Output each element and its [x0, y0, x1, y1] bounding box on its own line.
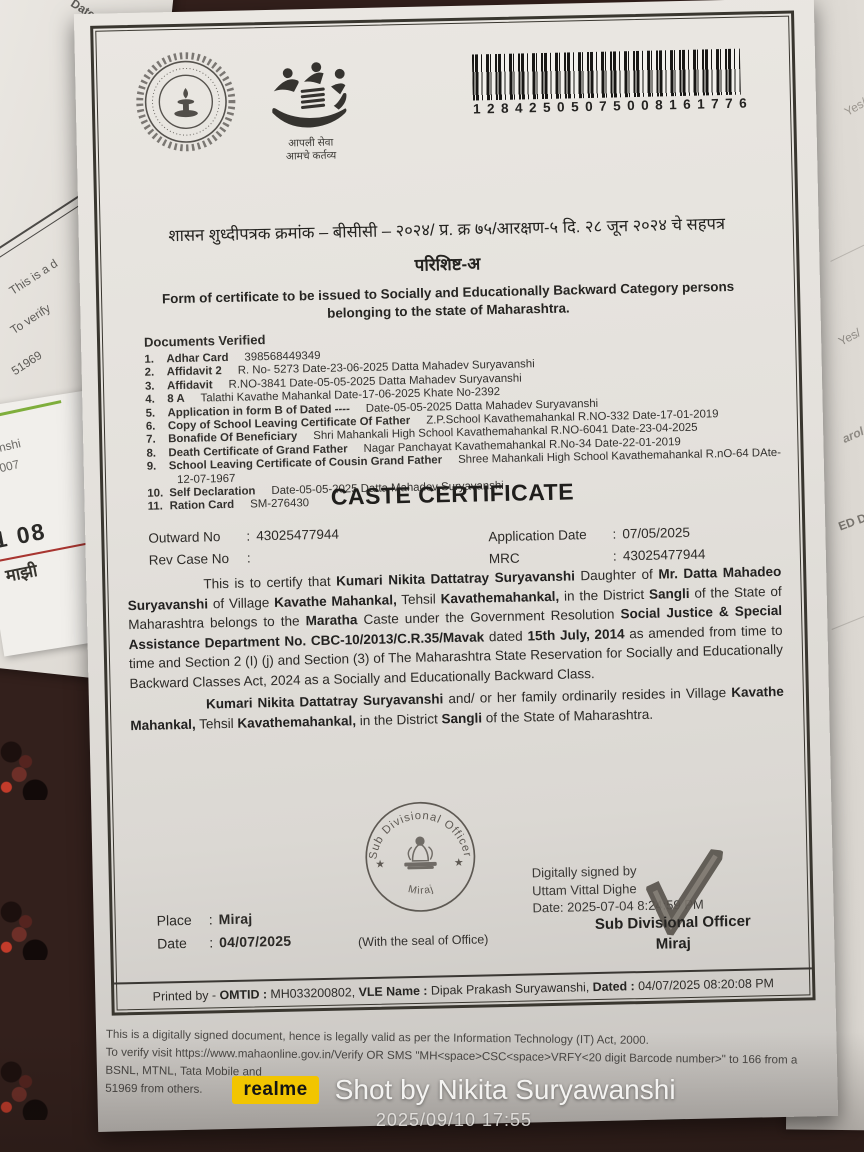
rev-case-row: Rev Case No: [149, 546, 340, 572]
outward-no-row: Outward No:43025477944 [148, 524, 339, 550]
application-date-label: Application Date [488, 524, 606, 549]
aaple-sarkar-caption: आपली सेवा आमचे कर्तव्य [268, 136, 355, 163]
place-date-block: Place:Miraj Date:04/07/2025 [156, 907, 291, 956]
photo-canvas: Yes/ arol ED D Yes/ Date This is a d To … [0, 0, 864, 1152]
rev-case-label: Rev Case No [149, 548, 241, 572]
watermark-shot-by: Shot by Nikita Suryawanshi [335, 1074, 676, 1106]
seal-star-right-icon: ★ [454, 857, 464, 869]
ashoka-emblem-icon [404, 837, 436, 869]
svg-text:Miraj: Miraj [407, 883, 436, 897]
realme-logo: realme [232, 1076, 318, 1104]
seal-star-left-icon: ★ [375, 858, 385, 870]
certificate-body-paragraph: This is to certify that Kumari Nikita Da… [127, 562, 783, 694]
place-value: Miraj [218, 911, 252, 928]
barcode: 12842505075008161776 [472, 49, 741, 117]
camera-watermark: realme Shot by Nikita Suryawanshi 2025/0… [22, 1074, 864, 1131]
office-seal-stamp: Sub Divisional Officer ★ ★ Miraj [360, 797, 481, 918]
watermark-datetime: 2025/09/10 17:55 [22, 1110, 864, 1131]
place-label: Place [156, 909, 202, 933]
signatory-designation: Sub Divisional Officer Miraj [563, 912, 784, 955]
certificate-border-frame: आपली सेवा आमचे कर्तव्य 12842505075008161… [90, 10, 815, 1015]
maharashtra-emblem-icon [134, 50, 238, 154]
paper-fragment-text: माझी [3, 558, 39, 587]
documents-verified-title: Documents Verified [144, 332, 266, 350]
date-row: Date:04/07/2025 [157, 930, 292, 956]
paper-fragment-text: wanshi [0, 436, 22, 458]
aaple-sarkar-logo: आपली सेवा आमचे कर्तव्य [266, 59, 354, 163]
date-label: Date [157, 932, 203, 956]
paper-fragment-text: 1 08 [0, 518, 49, 555]
certificate-paper: आपली सेवा आमचे कर्तव्य 12842505075008161… [74, 0, 838, 1132]
seal-place-text: Miraj [407, 883, 436, 897]
place-row: Place:Miraj [156, 907, 291, 933]
paper-fragment-text: 2007 [0, 457, 21, 477]
application-date-value: 07/05/2025 [622, 525, 690, 541]
mrc-value: 43025477944 [623, 547, 706, 564]
date-value: 04/07/2025 [219, 933, 291, 951]
outward-no-value: 43025477944 [256, 527, 339, 544]
serving-hand-icon [266, 59, 354, 131]
barcode-bars-icon [472, 49, 741, 101]
outward-no-label: Outward No [148, 526, 240, 550]
id-card-green-line [0, 400, 61, 422]
